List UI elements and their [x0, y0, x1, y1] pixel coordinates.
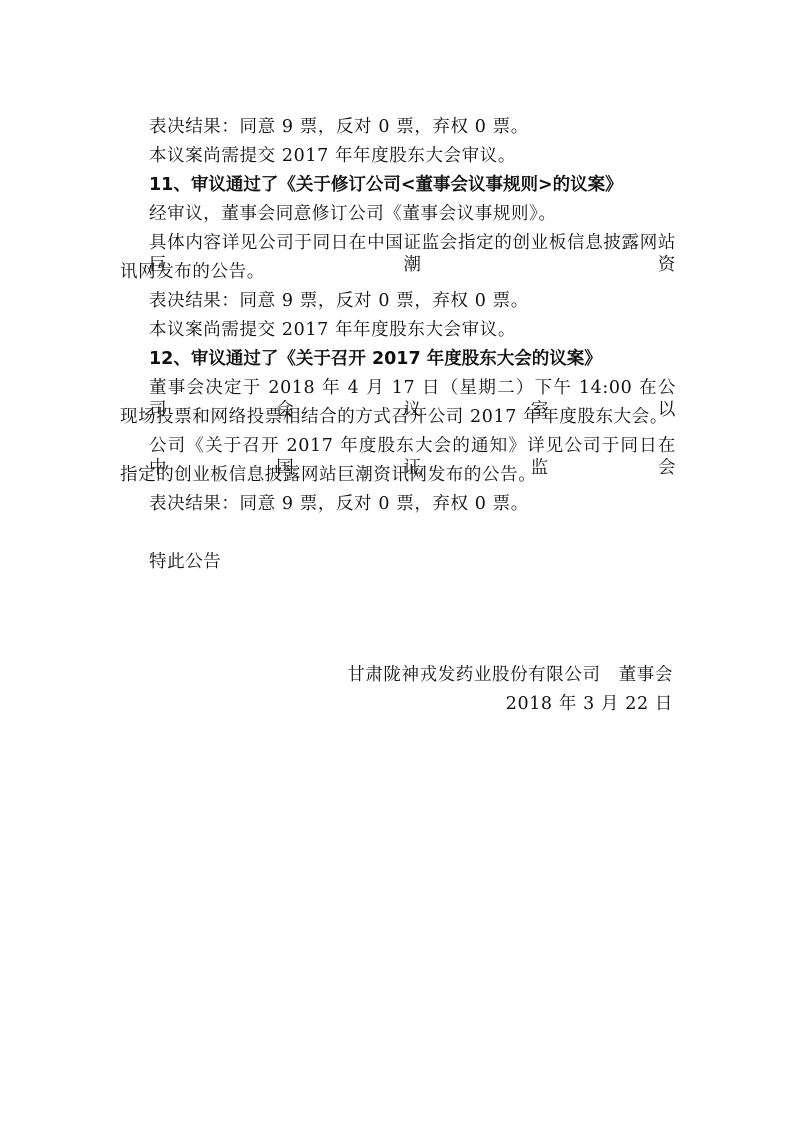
document-page: 表决结果：同意 9 票，反对 0 票，弃权 0 票。 本议案尚需提交 2017 …: [0, 0, 793, 1122]
closing-statement: 特此公告: [149, 551, 676, 573]
vote-result-10: 表决结果：同意 9 票，反对 0 票，弃权 0 票。: [149, 116, 676, 138]
resolution-heading-11: 11、审议通过了《关于修订公司<董事会议事规则>的议案》: [149, 174, 676, 196]
notice-line-2: 指定的创业板信息披露网站巨潮资讯网发布的公告。: [120, 464, 676, 486]
submission-note-10: 本议案尚需提交 2017 年年度股东大会审议。: [149, 145, 676, 167]
resolution-heading-12: 12、审议通过了《关于召开 2017 年度股东大会的议案》: [149, 348, 676, 370]
meeting-decision-line-2: 现场投票和网络投票相结合的方式召开公司 2017 年年度股东大会。: [120, 406, 676, 428]
signature-date: 2018 年 3 月 22 日: [506, 693, 673, 715]
vote-result-12: 表决结果：同意 9 票，反对 0 票，弃权 0 票。: [149, 493, 676, 515]
signature-organization: 甘肃陇神戎发药业股份有限公司 董事会: [347, 664, 673, 686]
details-line-2-11: 讯网发布的公告。: [120, 261, 676, 283]
submission-note-11: 本议案尚需提交 2017 年年度股东大会审议。: [149, 319, 676, 341]
vote-result-11: 表决结果：同意 9 票，反对 0 票，弃权 0 票。: [149, 290, 676, 312]
review-statement-11: 经审议，董事会同意修订公司《董事会议事规则》。: [149, 203, 676, 225]
